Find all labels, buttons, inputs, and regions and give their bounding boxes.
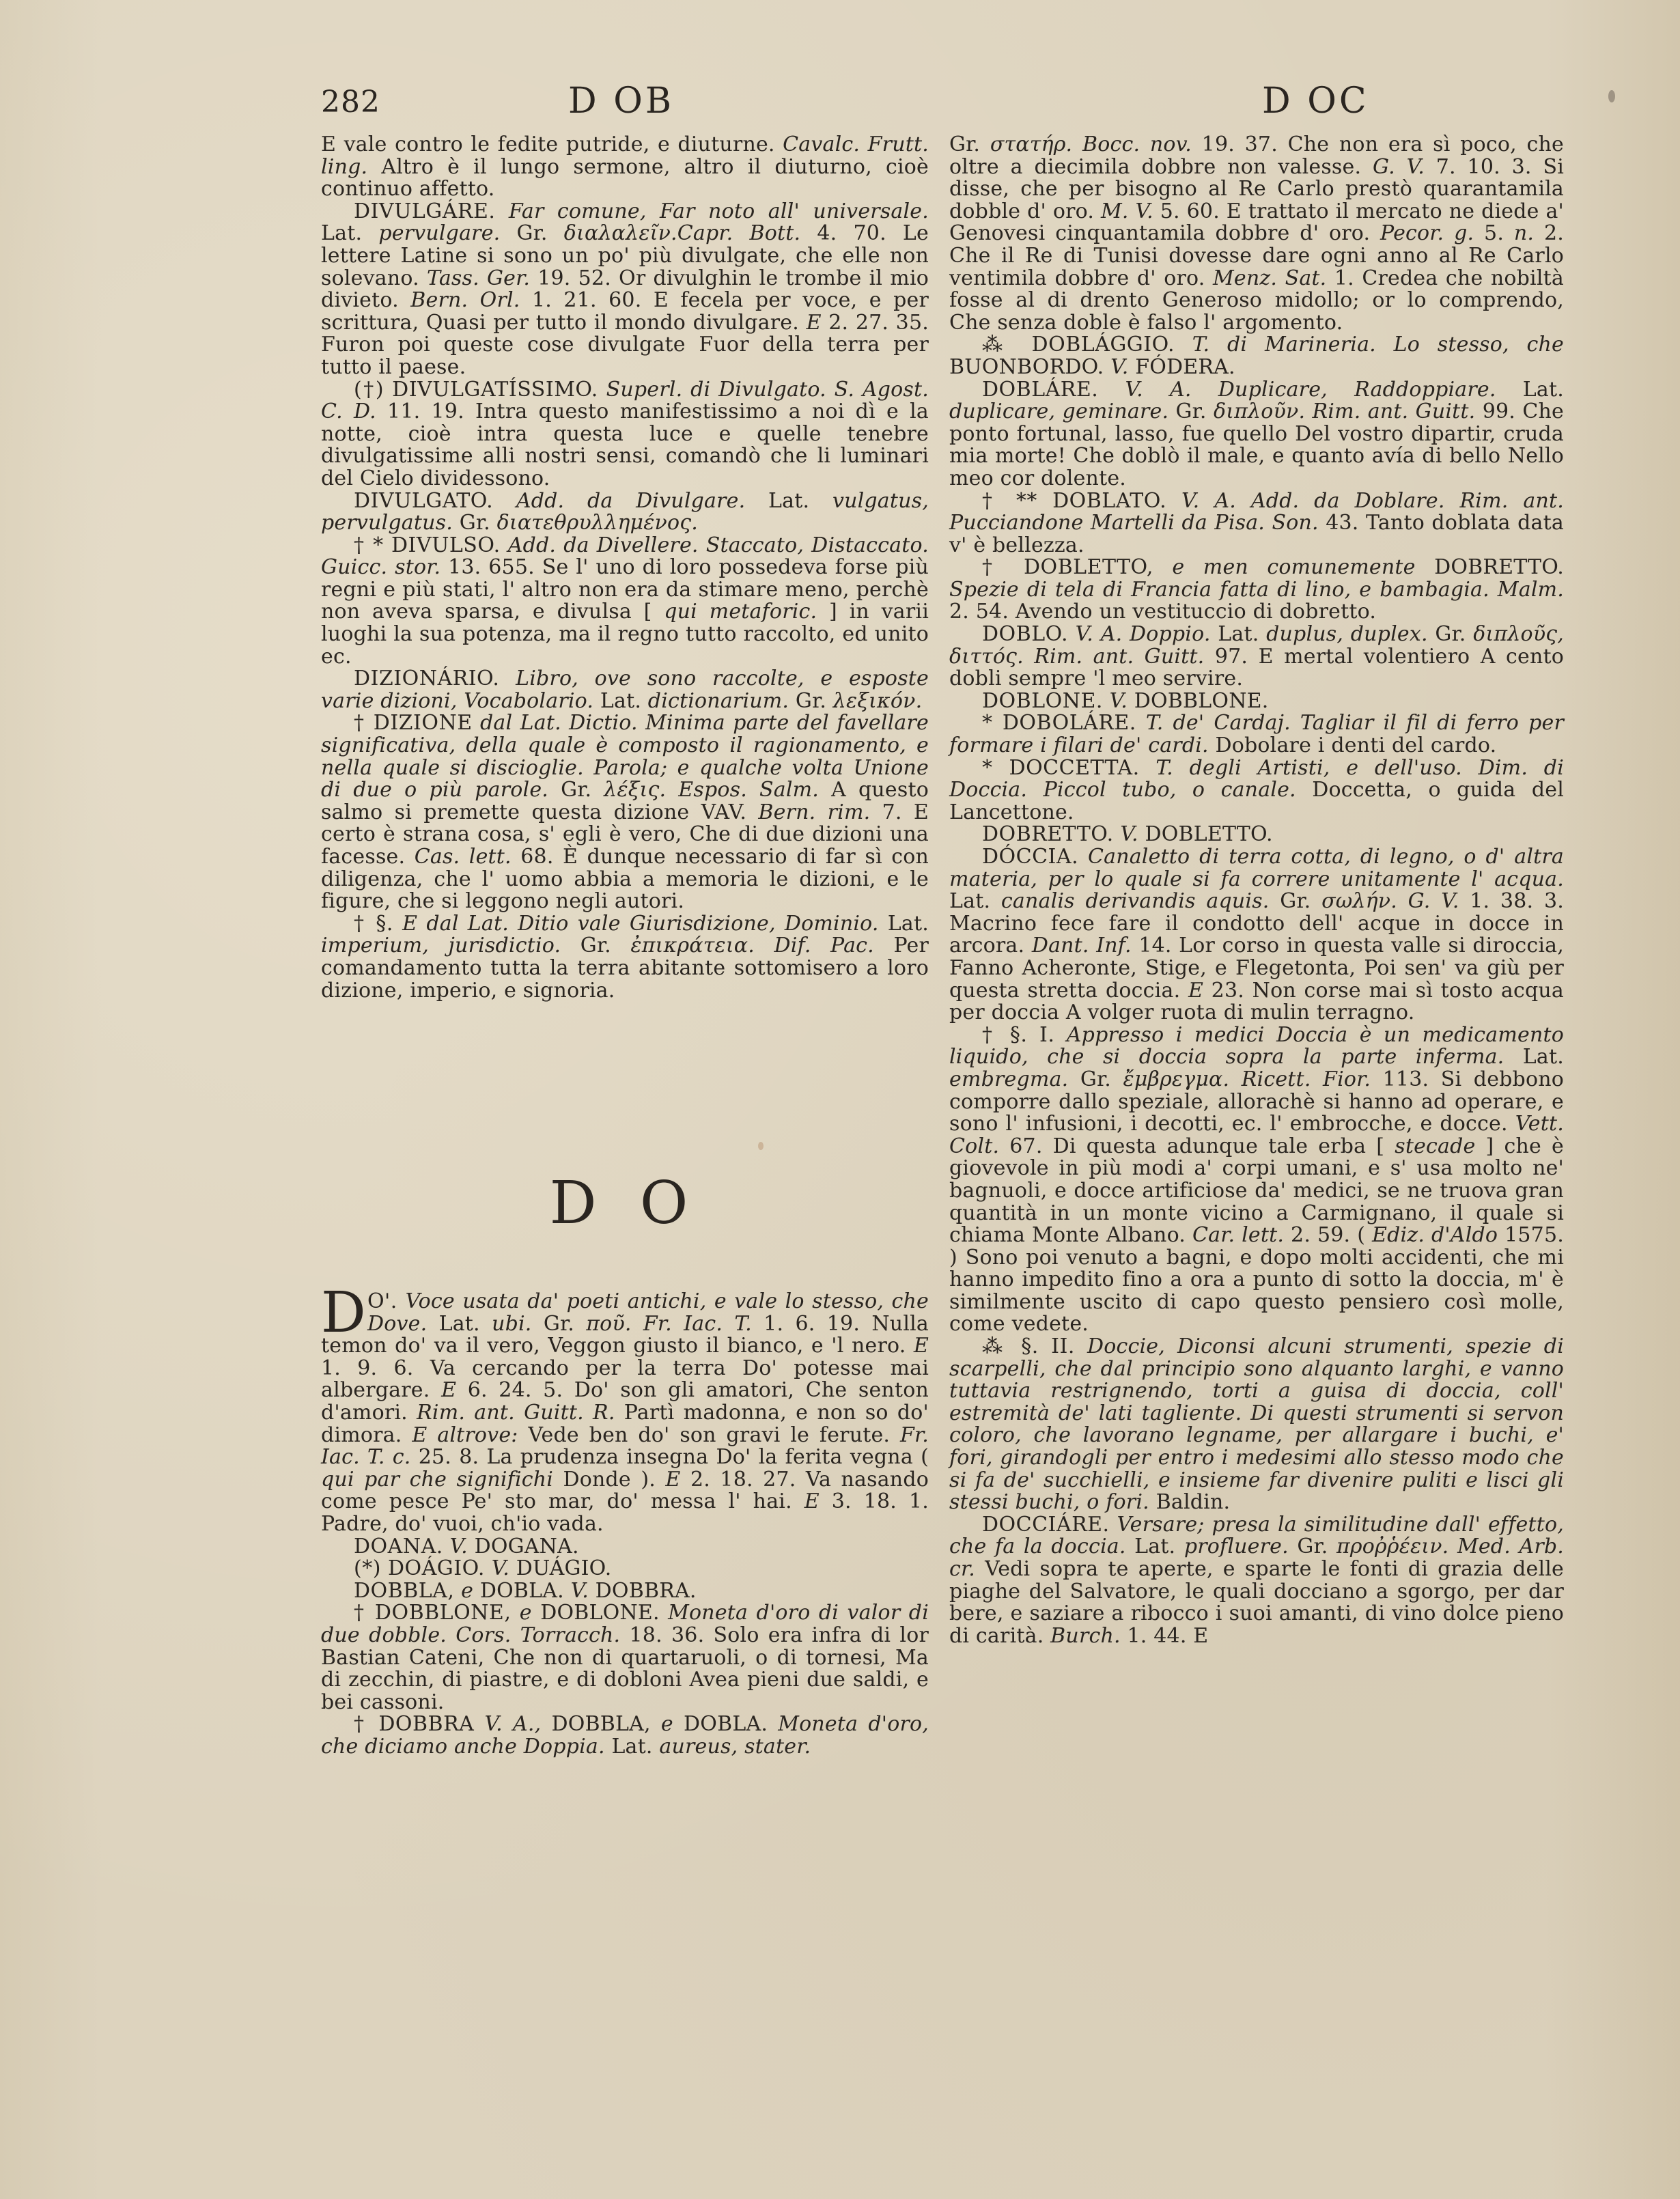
italic-text: E (441, 1378, 456, 1402)
body-text: BUONBORDO. (949, 355, 1110, 379)
body-text: Lat. (745, 489, 832, 513)
italic-text: duplicare, geminare. (949, 400, 1168, 423)
italic-text: λεξικόν. (833, 689, 923, 713)
body-text (755, 934, 774, 957)
body-text (1397, 889, 1408, 913)
italic-text: V. (1103, 689, 1128, 713)
italic-text: ubi. (492, 1312, 531, 1336)
italic-text: ἐπικράτεια. (630, 934, 755, 957)
italic-text: duplus, duplex. (1266, 622, 1428, 646)
headword: (*) DOÁGIO. (354, 1556, 485, 1580)
headword: DOCCIÁRE. (982, 1513, 1110, 1537)
italic-text: σωλήν. (1321, 889, 1397, 913)
italic-text: e men comunemente (1153, 555, 1416, 579)
dictionary-entry: (†) DIVULGATÍSSIMO. Superl. di Divulgato… (321, 379, 929, 490)
body-text: Gr. (949, 132, 990, 156)
body-text: DOBBRA. (589, 1579, 697, 1603)
italic-text: Pecor. g. (1380, 221, 1474, 245)
right-column: Gr. στατήρ. Bocc. nov. 19. 37. Che non e… (949, 134, 1564, 1647)
dictionary-entry: DIVULGATO. Add. da Divulgare. Lat. vulga… (321, 490, 929, 535)
headword: † DOBBLONE, (354, 1601, 511, 1625)
italic-text: Ediz. d'Aldo (1372, 1223, 1498, 1247)
italic-text: qui metaforic. (664, 600, 817, 624)
body-text: DOBRETTO. (1416, 555, 1564, 579)
section-heading: D O (321, 1169, 929, 1237)
headword: DOBBLA, (354, 1579, 454, 1603)
italic-text: Burch. (1050, 1624, 1121, 1648)
italic-text: Bern. rim. (758, 800, 870, 824)
italic-text: Rim. ant. Guitt. (1313, 400, 1476, 423)
body-text: DOBLA. (473, 1579, 571, 1603)
headword: DIVULGATO. (354, 489, 493, 513)
italic-text: διπλοῦν. (1214, 400, 1305, 423)
italic-text: E (665, 1468, 680, 1491)
italic-text: ἔμβρεγμα. (1123, 1067, 1230, 1091)
italic-text: Tass. Ger. (427, 266, 530, 290)
italic-text: Spezie di tela di Francia fatta di lino,… (949, 578, 1564, 602)
page-number: 282 (321, 85, 380, 120)
body-text: Lat. (1496, 378, 1564, 402)
dictionary-entry: † DOBBRA V. A., DOBBLA, e DOBLA. Moneta … (321, 1713, 929, 1758)
italic-text: E altrove: (412, 1423, 518, 1447)
italic-text: M. V. (1101, 199, 1153, 223)
dictionary-entry: † * DIVULSO. Add. da Divellere. Staccato… (321, 535, 929, 669)
body-text: 11. 19. Intra questo manifestissimo a no… (321, 400, 929, 490)
italic-text: E dal Lat. Ditio vale Giurisdizione, Dom… (393, 912, 879, 936)
left-column-top: E vale contro le fedite putride, e diutu… (321, 134, 929, 1002)
dictionary-entry: ⁂ DOBLÁGGIO. T. di Marineria. Lo stesso,… (949, 334, 1564, 378)
italic-text: Rim. ant. Guitt. (1034, 645, 1204, 669)
body-text: Gr. (532, 1312, 587, 1336)
italic-text: e (511, 1601, 531, 1625)
paper-speck (758, 1142, 764, 1150)
italic-text: Espos. Salm. (678, 778, 819, 802)
body-text (1229, 1067, 1242, 1091)
italic-text: στατήρ. (990, 132, 1072, 156)
italic-text: embregma. (949, 1067, 1068, 1091)
dictionary-entry: DOBRETTO. V. DOBLETTO. (949, 824, 1564, 846)
headword: ⁂ DOBLÁGGIO. (982, 333, 1175, 356)
body-text: 2. 59. ( (1284, 1223, 1372, 1247)
body-text: DOBBLONE. (1128, 689, 1268, 713)
italic-text: E (804, 1489, 820, 1513)
italic-text: stecade (1395, 1134, 1475, 1158)
body-text: 2. 54. Avendo un vestituccio di dobretto… (949, 600, 1376, 624)
body-text: E vale contro le fedite putride, e diutu… (321, 132, 783, 156)
body-text: DUÁGIO. (509, 1556, 611, 1580)
italic-text: V. (485, 1556, 509, 1580)
body-text: Gr. (548, 778, 604, 802)
running-head-right: D OC (1262, 81, 1369, 122)
italic-text: διαλαλεῖν. (564, 221, 677, 245)
body-text: Lat. (605, 1735, 660, 1759)
left-column-do-section: DO'. Voce usata da' poeti antichi, e val… (321, 1291, 929, 1758)
headword: † ** DOBLATO. (982, 489, 1166, 513)
italic-text: ποῦ. (586, 1312, 631, 1336)
body-text: FÓDERA. (1128, 355, 1235, 379)
body-text (1024, 645, 1034, 669)
body-text: Gr. (1168, 400, 1214, 423)
dictionary-entry: (*) DOÁGIO. V. DUÁGIO. (321, 1558, 929, 1580)
italic-text: Dant. Inf. (1032, 934, 1132, 957)
italic-text: διατεθρυλλημένος. (497, 511, 698, 535)
body-text: Gr. (1270, 889, 1322, 913)
body-text: Lat. (321, 221, 378, 245)
italic-text: Rim. ant. Guitt. R. (417, 1401, 615, 1425)
headword: † DIZIONE (354, 711, 473, 735)
headword: * DOBOLÁRE. (982, 711, 1136, 735)
italic-text: λέξις. (604, 778, 666, 802)
body-text: Gr. (561, 934, 630, 957)
italic-text: canalis derivandis aquis. (1001, 889, 1270, 913)
dictionary-entry: DOCCIÁRE. Versare; presa la similitudine… (949, 1514, 1564, 1648)
body-text: Gr. (1068, 1067, 1123, 1091)
headword: † §. (354, 912, 393, 936)
headword: † * DIVULSO. (354, 533, 501, 557)
body-text: Gr. (453, 511, 497, 535)
drop-cap: D (321, 1291, 366, 1336)
italic-text: G. V. (1373, 155, 1425, 179)
italic-text: Dif. Pac. (774, 934, 874, 957)
headword: † DOBBRA (354, 1712, 474, 1736)
dictionary-entry: DIVULGÁRE. Far comune, Far noto all' uni… (321, 201, 929, 379)
dictionary-entry: DOBLÁRE. V. A. Duplicare, Raddoppiare. L… (949, 379, 1564, 490)
italic-text: Bern. Orl. (410, 288, 520, 312)
dictionary-entry: † ** DOBLATO. V. A. Add. da Doblare. Rim… (949, 490, 1564, 557)
headword: † DOBLETTO, (982, 555, 1153, 579)
dictionary-entry: DÓCCIA. Canaletto di terra cotta, di leg… (949, 846, 1564, 1024)
body-text: Altro è il lungo sermone, altro il diutu… (321, 155, 929, 201)
dictionary-entry: † §. E dal Lat. Ditio vale Giurisdizione… (321, 913, 929, 1002)
headword: DIZIONÁRIO. (354, 667, 499, 690)
headword: DOBLO. (982, 622, 1068, 646)
body-text (632, 1312, 643, 1336)
italic-text: Menz. Sat. (1213, 266, 1326, 290)
italic-text: Doccie, Diconsi alcuni strumenti, spezie… (949, 1334, 1564, 1514)
entry-continuation: Gr. στατήρ. Bocc. nov. 19. 37. Che non e… (949, 134, 1564, 334)
dictionary-entry: DOBLO. V. A. Doppio. Lat. duplus, duplex… (949, 624, 1564, 690)
paper-speck (1608, 90, 1615, 102)
body-text: Lat. (593, 689, 648, 713)
headword: (†) DIVULGATÍSSIMO. (354, 378, 598, 402)
dictionary-entry: DOANA. V. DOGANA. (321, 1536, 929, 1558)
body-text: DOBLONE. (532, 1601, 668, 1625)
body-text: Baldin. (1149, 1490, 1230, 1514)
body-text (1448, 1535, 1457, 1558)
body-text (666, 778, 678, 802)
body-text: Gr. (1289, 1535, 1336, 1558)
body-text: DOBBLA, (541, 1712, 661, 1736)
italic-text: e (454, 1579, 473, 1603)
headword: DIVULGÁRE. (354, 199, 495, 223)
body-text: Donde ). (553, 1468, 665, 1491)
italic-text: V. (571, 1579, 589, 1603)
body-text: Vedi sopra te aperte, e sparte le fonti … (949, 1557, 1564, 1648)
body-text: Vede ben do' son gravi le ferute. (518, 1423, 900, 1447)
headword: † §. I. (982, 1023, 1054, 1047)
dictionary-entry: DO'. Voce usata da' poeti antichi, e val… (321, 1291, 929, 1536)
headword: DOBLÁRE. (982, 378, 1098, 402)
italic-text: pervulgare. (378, 221, 500, 245)
headword: * DOCCETTA. (982, 756, 1140, 780)
italic-text: G. V. (1408, 889, 1459, 913)
body-text: 5. (1474, 221, 1514, 245)
italic-text: aureus, stater. (659, 1735, 811, 1759)
italic-text: n. (1514, 221, 1534, 245)
body-text: Lat. (1504, 1045, 1564, 1069)
headword: DOBRETTO. (982, 822, 1114, 846)
italic-text: profluere. (1184, 1535, 1289, 1558)
dictionary-entry: DOBBLA, e DOBLA. V. DOBBRA. (321, 1580, 929, 1603)
italic-text: E (807, 311, 822, 335)
dictionary-entry: DOBLONE. V. DOBBLONE. (949, 690, 1564, 713)
italic-text: V. (1110, 355, 1128, 379)
italic-text: E (1188, 979, 1203, 1003)
headword: O'. (367, 1289, 406, 1313)
body-text: DOBLA. (673, 1712, 778, 1736)
body-text: Lat. (879, 912, 929, 936)
body-text: 25. 8. La prudenza insegna Do' la ferita… (411, 1445, 929, 1469)
dictionary-entry: * DOBOLÁRE. T. de' Cardaj. Tagliar il fi… (949, 712, 1564, 757)
dictionary-entry: † DIZIONE dal Lat. Dictio. Minima parte … (321, 712, 929, 912)
dictionary-entry: † §. I. Appresso i medici Doccia è un me… (949, 1024, 1564, 1336)
body-text: Lat. (1211, 622, 1267, 646)
body-text: Lat. (949, 889, 1001, 913)
dictionary-entry: DIZIONÁRIO. Libro, ove sono raccolte, e … (321, 668, 929, 712)
body-text: Gr. (1428, 622, 1474, 646)
body-text: Gr. (789, 689, 833, 713)
italic-text: Car. lett. (1192, 1223, 1284, 1247)
italic-text: T. di Marineria. Lo stesso, che (1175, 333, 1564, 356)
italic-text: Add. da Divulgare. (493, 489, 745, 513)
body-text (1072, 132, 1082, 156)
italic-text: V. A., (474, 1712, 541, 1736)
entry-continuation: E vale contro le fedite putride, e diutu… (321, 134, 929, 201)
body-text: Lat. (427, 1312, 492, 1336)
italic-text: dictionarium. (648, 689, 789, 713)
italic-text: προῤῥέειν. (1336, 1535, 1448, 1558)
italic-text: imperium, jurisdictio. (321, 934, 561, 957)
body-text: Dobolare i denti del cardo. (1209, 733, 1497, 757)
headword: ⁂ §. II. (982, 1334, 1075, 1358)
page-header: 282 D OB D OC (321, 81, 1571, 122)
headword: DOBLONE. (982, 689, 1103, 713)
italic-text: E (914, 1334, 929, 1358)
italic-text: e (661, 1712, 673, 1736)
dictionary-entry: † DOBLETTO, e men comunemente DOBRETTO. … (949, 557, 1564, 624)
body-text: Gr. (500, 221, 563, 245)
body-text: DOGANA. (468, 1535, 579, 1558)
italic-text: qui par che significhi (321, 1468, 553, 1491)
headword: DÓCCIA. (982, 845, 1078, 869)
italic-text: V. (1114, 822, 1138, 846)
italic-text: Fr. Iac. T. (643, 1312, 752, 1336)
body-text: 1. 44. E (1121, 1624, 1209, 1648)
body-text (1305, 400, 1312, 423)
italic-text: Far comune, Far noto all' universale. (495, 199, 929, 223)
italic-text: V. (443, 1535, 468, 1558)
italic-text: V. A. Duplicare, Raddoppiare. (1098, 378, 1496, 402)
dictionary-entry: * DOCCETTA. T. degli Artisti, e dell'uso… (949, 757, 1564, 824)
dictionary-entry: ⁂ §. II. Doccie, Diconsi alcuni strument… (949, 1336, 1564, 1514)
italic-text: Bocc. nov. (1082, 132, 1192, 156)
italic-text: Cas. lett. (415, 845, 512, 869)
italic-text: Ricett. Fior. (1242, 1067, 1371, 1091)
body-text: 67. Di questa adunque tale erba [ (999, 1134, 1395, 1158)
dictionary-entry: † DOBBLONE, e DOBLONE. Moneta d'oro di v… (321, 1602, 929, 1713)
headword: DOANA. (354, 1535, 443, 1558)
body-text: Lat. (1126, 1535, 1184, 1558)
italic-text: V. A. Doppio. (1068, 622, 1211, 646)
running-head-left: D OB (568, 81, 674, 122)
body-text: DOBLETTO. (1138, 822, 1273, 846)
italic-text: Capr. Bott. (677, 221, 800, 245)
